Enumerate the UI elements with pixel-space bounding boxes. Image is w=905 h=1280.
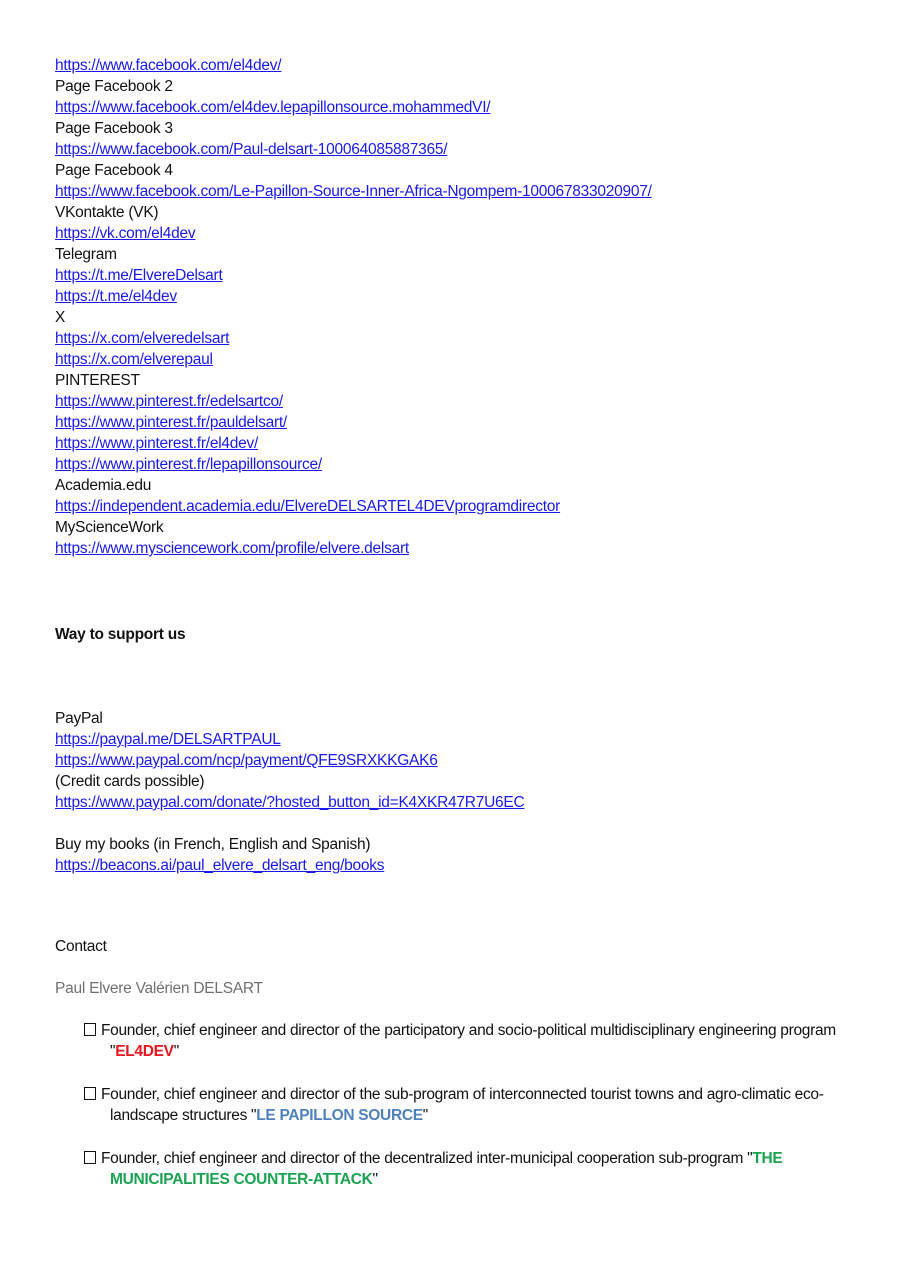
paypal-label: PayPal	[55, 708, 524, 729]
social-link[interactable]: https://x.com/elverepaul	[55, 351, 213, 368]
support-heading: Way to support us	[55, 624, 185, 645]
social-link-row: https://www.pinterest.fr/edelsartco/	[55, 391, 855, 412]
role-text-suffix: "	[174, 1043, 179, 1060]
credit-cards-note: (Credit cards possible)	[55, 771, 524, 792]
social-link[interactable]: https://x.com/elveredelsart	[55, 330, 229, 347]
social-label: Page Facebook 4	[55, 160, 855, 181]
role-item: Founder, chief engineer and director of …	[84, 1148, 854, 1190]
social-label: Academia.edu	[55, 475, 855, 496]
social-link[interactable]: https://www.facebook.com/el4dev/	[55, 57, 281, 74]
social-link[interactable]: https://independent.academia.edu/ElvereD…	[55, 498, 560, 515]
role-item: Founder, chief engineer and director of …	[84, 1084, 854, 1126]
social-link-row: https://www.mysciencework.com/profile/el…	[55, 538, 855, 559]
checkbox-square-icon	[84, 1151, 96, 1164]
role-item: Founder, chief engineer and director of …	[84, 1020, 854, 1062]
social-links-list: https://www.facebook.com/el4dev/Page Fac…	[55, 55, 855, 559]
support-section: PayPal https://paypal.me/DELSARTPAUL htt…	[55, 708, 524, 876]
program-name: EL4DEV	[115, 1043, 174, 1060]
social-link-row: https://www.facebook.com/Le-Papillon-Sou…	[55, 181, 855, 202]
checkbox-square-icon	[84, 1087, 96, 1100]
role-text: Founder, chief engineer and director of …	[101, 1150, 752, 1167]
role-text-suffix: "	[373, 1171, 378, 1188]
role-text-suffix: "	[423, 1107, 428, 1124]
program-name: LE PAPILLON SOURCE	[256, 1107, 423, 1124]
books-label: Buy my books (in French, English and Spa…	[55, 834, 524, 855]
role-text: Founder, chief engineer and director of …	[101, 1086, 824, 1124]
social-link[interactable]: https://vk.com/el4dev	[55, 225, 195, 242]
paypal-payment-link[interactable]: https://www.paypal.com/ncp/payment/QFE9S…	[55, 752, 438, 769]
role-text: Founder, chief engineer and director of …	[101, 1022, 836, 1060]
social-link[interactable]: https://t.me/ElvereDelsart	[55, 267, 223, 284]
social-link-row: https://www.facebook.com/Paul-delsart-10…	[55, 139, 855, 160]
social-link-row: https://x.com/elveredelsart	[55, 328, 855, 349]
books-link[interactable]: https://beacons.ai/paul_elvere_delsart_e…	[55, 857, 384, 874]
paypal-donate-link[interactable]: https://www.paypal.com/donate/?hosted_bu…	[55, 794, 524, 811]
social-link[interactable]: https://t.me/el4dev	[55, 288, 177, 305]
social-link-row: https://www.pinterest.fr/el4dev/	[55, 433, 855, 454]
social-link[interactable]: https://www.pinterest.fr/el4dev/	[55, 435, 258, 452]
social-label: MyScienceWork	[55, 517, 855, 538]
social-label: Page Facebook 2	[55, 76, 855, 97]
paypal-me-link[interactable]: https://paypal.me/DELSARTPAUL	[55, 731, 281, 748]
social-link-row: https://t.me/ElvereDelsart	[55, 265, 855, 286]
social-link-row: https://www.pinterest.fr/pauldelsart/	[55, 412, 855, 433]
social-link-row: https://www.facebook.com/el4dev.lepapill…	[55, 97, 855, 118]
social-link-row: https://t.me/el4dev	[55, 286, 855, 307]
social-link[interactable]: https://www.pinterest.fr/lepapillonsourc…	[55, 456, 322, 473]
social-link-row: https://x.com/elverepaul	[55, 349, 855, 370]
social-link[interactable]: https://www.pinterest.fr/pauldelsart/	[55, 414, 287, 431]
social-link-row: https://www.pinterest.fr/lepapillonsourc…	[55, 454, 855, 475]
social-link[interactable]: https://www.pinterest.fr/edelsartco/	[55, 393, 283, 410]
document-page: https://www.facebook.com/el4dev/Page Fac…	[55, 55, 855, 559]
roles-list: Founder, chief engineer and director of …	[84, 1020, 854, 1212]
social-link-row: https://www.facebook.com/el4dev/	[55, 55, 855, 76]
social-label: Page Facebook 3	[55, 118, 855, 139]
social-link[interactable]: https://www.facebook.com/Paul-delsart-10…	[55, 141, 447, 158]
contact-name: Paul Elvere Valérien DELSART	[55, 978, 263, 999]
social-link[interactable]: https://www.mysciencework.com/profile/el…	[55, 540, 409, 557]
social-link-row: https://independent.academia.edu/ElvereD…	[55, 496, 855, 517]
social-link[interactable]: https://www.facebook.com/Le-Papillon-Sou…	[55, 183, 652, 200]
social-label: PINTEREST	[55, 370, 855, 391]
contact-heading: Contact	[55, 936, 107, 957]
social-link[interactable]: https://www.facebook.com/el4dev.lepapill…	[55, 99, 490, 116]
social-label: X	[55, 307, 855, 328]
social-label: VKontakte (VK)	[55, 202, 855, 223]
checkbox-square-icon	[84, 1023, 96, 1036]
social-label: Telegram	[55, 244, 855, 265]
social-link-row: https://vk.com/el4dev	[55, 223, 855, 244]
